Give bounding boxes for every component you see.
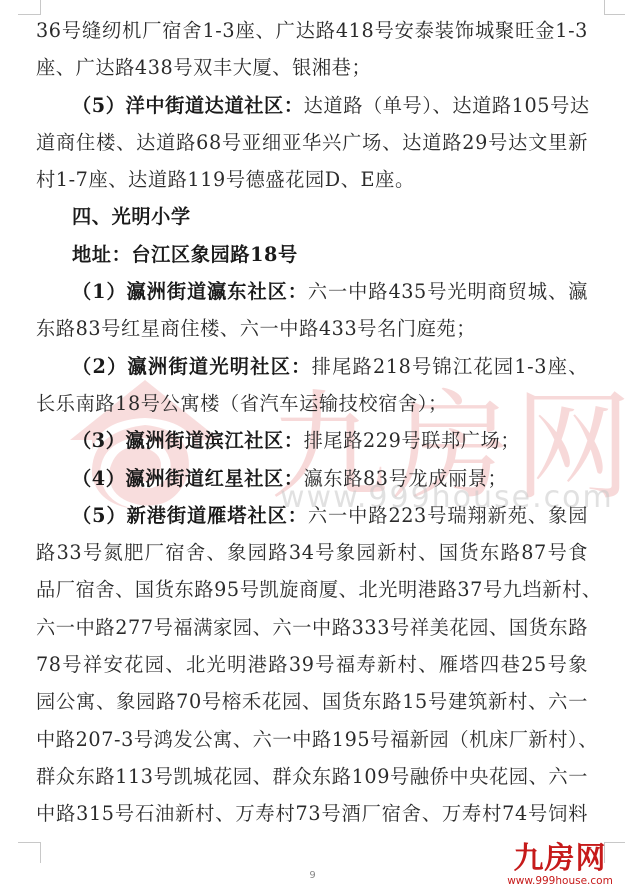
text-line: 村1-7座、达道路119号德盛花园D、E座。 [36,161,588,198]
page-corner-mark-bottom-left [18,842,41,863]
text-line: 东路83号红星商住楼、六一中路433号名门庭苑； [36,310,588,347]
address-text: 长乐南路18号公寓楼（省汽车运输技校宿舍）； [36,392,448,415]
list-item-line: （2）瀛洲街道光明社区：排尾路218号锦江花园1-3座、 [36,348,588,385]
address-text: 排尾路229号联邦广场； [304,429,521,452]
text-line: 路33号氮肥厂宿舍、象园路34号象园新村、国货东路87号食 [36,534,588,571]
address-text: 东路83号红星商住楼、六一中路433号名门庭苑； [36,317,476,340]
address-text: 六一中路435号光明商贸城、瀛 [308,280,588,303]
address-text: 中路207-3号鸿发公寓、六一中路195号福新园（机床厂新村）、 [36,728,598,751]
address-text: 座、广达路438号双丰大厦、银湘巷； [36,56,371,79]
heading-text: 地址：台江区象园路18号 [72,243,298,266]
address-text: 六一中路223号瑞翔新苑、象园 [308,504,588,527]
list-item-line: （5）洋中街道达道社区：达道路（单号）、达道路105号达 [36,87,588,124]
text-line: 道商住楼、达道路68号亚细亚华兴广场、达道路29号达文里新 [36,124,588,161]
address-text: 达道路（单号）、达道路105号达 [304,94,590,117]
text-line: 中路207-3号鸿发公寓、六一中路195号福新园（机床厂新村）、 [36,721,588,758]
community-label: （2）瀛洲街道光明社区： [72,355,312,378]
list-item-line: （3）瀛洲街道滨江社区：排尾路229号联邦广场； [36,422,588,459]
address-text: 中路315号石油新村、万寿村73号酒厂宿舍、万寿村74号饲料 [36,802,588,825]
text-line: 中路315号石油新村、万寿村73号酒厂宿舍、万寿村74号饲料 [36,795,588,832]
address-text: 道商住楼、达道路68号亚细亚华兴广场、达道路29号达文里新 [36,131,588,154]
community-label: （3）瀛洲街道滨江社区： [72,429,304,452]
heading-text: 四、光明小学 [72,205,191,228]
document-body: 36号缝纫机厂宿舍1-3座、广达路418号安泰装饰城聚旺金1-3座、广达路438… [36,12,588,833]
address-text: 瀛东路83号龙成丽景； [304,467,508,490]
text-line: 长乐南路18号公寓楼（省汽车运输技校宿舍）； [36,385,588,422]
address-text: 路33号氮肥厂宿舍、象园路34号象园新村、国货东路87号食 [36,541,588,564]
text-line: 六一中路277号福满家园、六一中路333号祥美花园、国货东路 [36,609,588,646]
community-label: （1）瀛洲街道瀛东社区： [72,280,308,303]
section-heading: 四、光明小学 [36,198,588,235]
address-text: 村1-7座、达道路119号德盛花园D、E座。 [36,168,415,191]
list-item-line: （1）瀛洲街道瀛东社区：六一中路435号光明商贸城、瀛 [36,273,588,310]
text-line: 群众东路113号凯城花园、群众东路109号融侨中央花园、六一 [36,758,588,795]
address-text: 园公寓、象园路70号榕禾花园、国货东路15号建筑新村、六一 [36,690,588,713]
text-line: 园公寓、象园路70号榕禾花园、国货东路15号建筑新村、六一 [36,683,588,720]
logo-brand: 九房网 [501,843,619,875]
community-label: （4）瀛洲街道红星社区： [72,467,304,490]
address-text: 群众东路113号凯城花园、群众东路109号融侨中央花园、六一 [36,765,588,788]
text-line: 78号祥安花园、北光明港路39号福寿新村、雁塔四巷25号象 [36,646,588,683]
text-line: 座、广达路438号双丰大厦、银湘巷； [36,49,588,86]
page-corner-mark-top-right [604,0,625,15]
address-text: 36号缝纫机厂宿舍1-3座、广达路418号安泰装饰城聚旺金1-3 [36,19,588,42]
list-item-line: （4）瀛洲街道红星社区：瀛东路83号龙成丽景； [36,460,588,497]
address-text: 78号祥安花园、北光明港路39号福寿新村、雁塔四巷25号象 [36,653,588,676]
section-heading: 地址：台江区象园路18号 [36,236,588,273]
logo-url: www.999house.com [501,875,619,887]
community-label: （5）新港街道雁塔社区： [72,504,308,527]
text-line: 36号缝纫机厂宿舍1-3座、广达路418号安泰装饰城聚旺金1-3 [36,12,588,49]
address-text: 品厂宿舍、国货东路95号凯旋商厦、北光明港路37号九垱新村、 [36,578,602,601]
community-label: （5）洋中街道达道社区： [72,94,304,117]
address-text: 六一中路277号福满家园、六一中路333号祥美花园、国货东路 [36,616,588,639]
address-text: 排尾路218号锦江花园1-3座、 [312,355,588,378]
list-item-line: （5）新港街道雁塔社区：六一中路223号瑞翔新苑、象园 [36,497,588,534]
site-logo: 九房网 www.999house.com [501,843,619,887]
text-line: 品厂宿舍、国货东路95号凯旋商厦、北光明港路37号九垱新村、 [36,571,588,608]
